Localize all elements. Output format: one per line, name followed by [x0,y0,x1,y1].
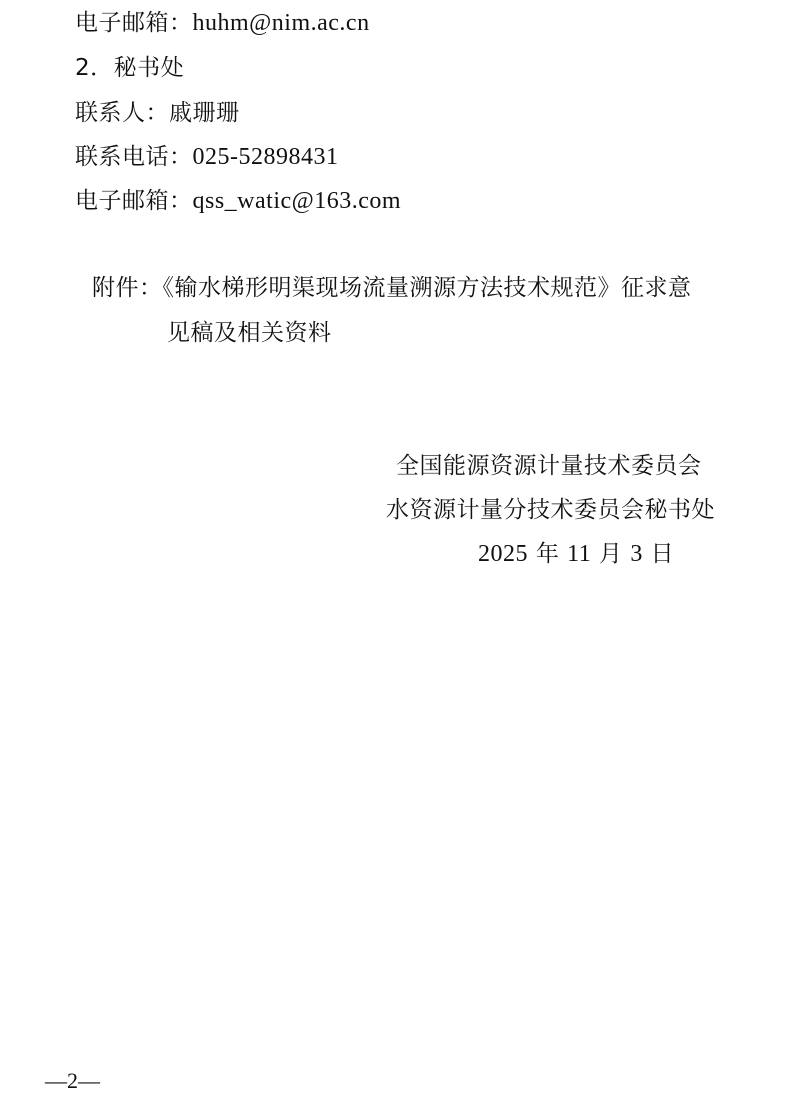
attachment-label: 附件： [92,275,163,301]
phone-line: 联系电话：025-52898431 [75,142,339,172]
page-number: —2— [45,1068,100,1094]
email-line-2: 电子邮箱：qss_watic@163.com [75,186,401,216]
signature-org-2: 水资源计量分技术委员会秘书处 [386,495,715,525]
phone-value: 025-52898431 [193,144,339,170]
email-value: qss_watic@163.com [193,188,402,214]
signature-org-1: 全国能源资源计量技术委员会 [396,451,702,481]
attachment-title: 《输水梯形明渠现场流量溯源方法技术规范》征求意 [163,275,692,301]
section-title-secretariat: 2．秘书处 [75,53,184,83]
contact-person-value: 戚珊珊 [169,100,240,126]
email-label: 电子邮箱： [75,188,193,214]
contact-person-label: 联系人： [75,100,169,126]
email-line-1: 电子邮箱：huhm@nim.ac.cn [75,8,370,38]
email-value: huhm@nim.ac.cn [193,10,370,36]
contact-person-line: 联系人：戚珊珊 [75,98,240,128]
signature-date: 2025 年 11 月 3 日 [478,539,674,569]
attachment-line-2: 见稿及相关资料 [167,318,332,348]
attachment-line-1: 附件：《输水梯形明渠现场流量溯源方法技术规范》征求意 [92,273,692,303]
email-label: 电子邮箱： [75,10,193,36]
phone-label: 联系电话： [75,144,193,170]
